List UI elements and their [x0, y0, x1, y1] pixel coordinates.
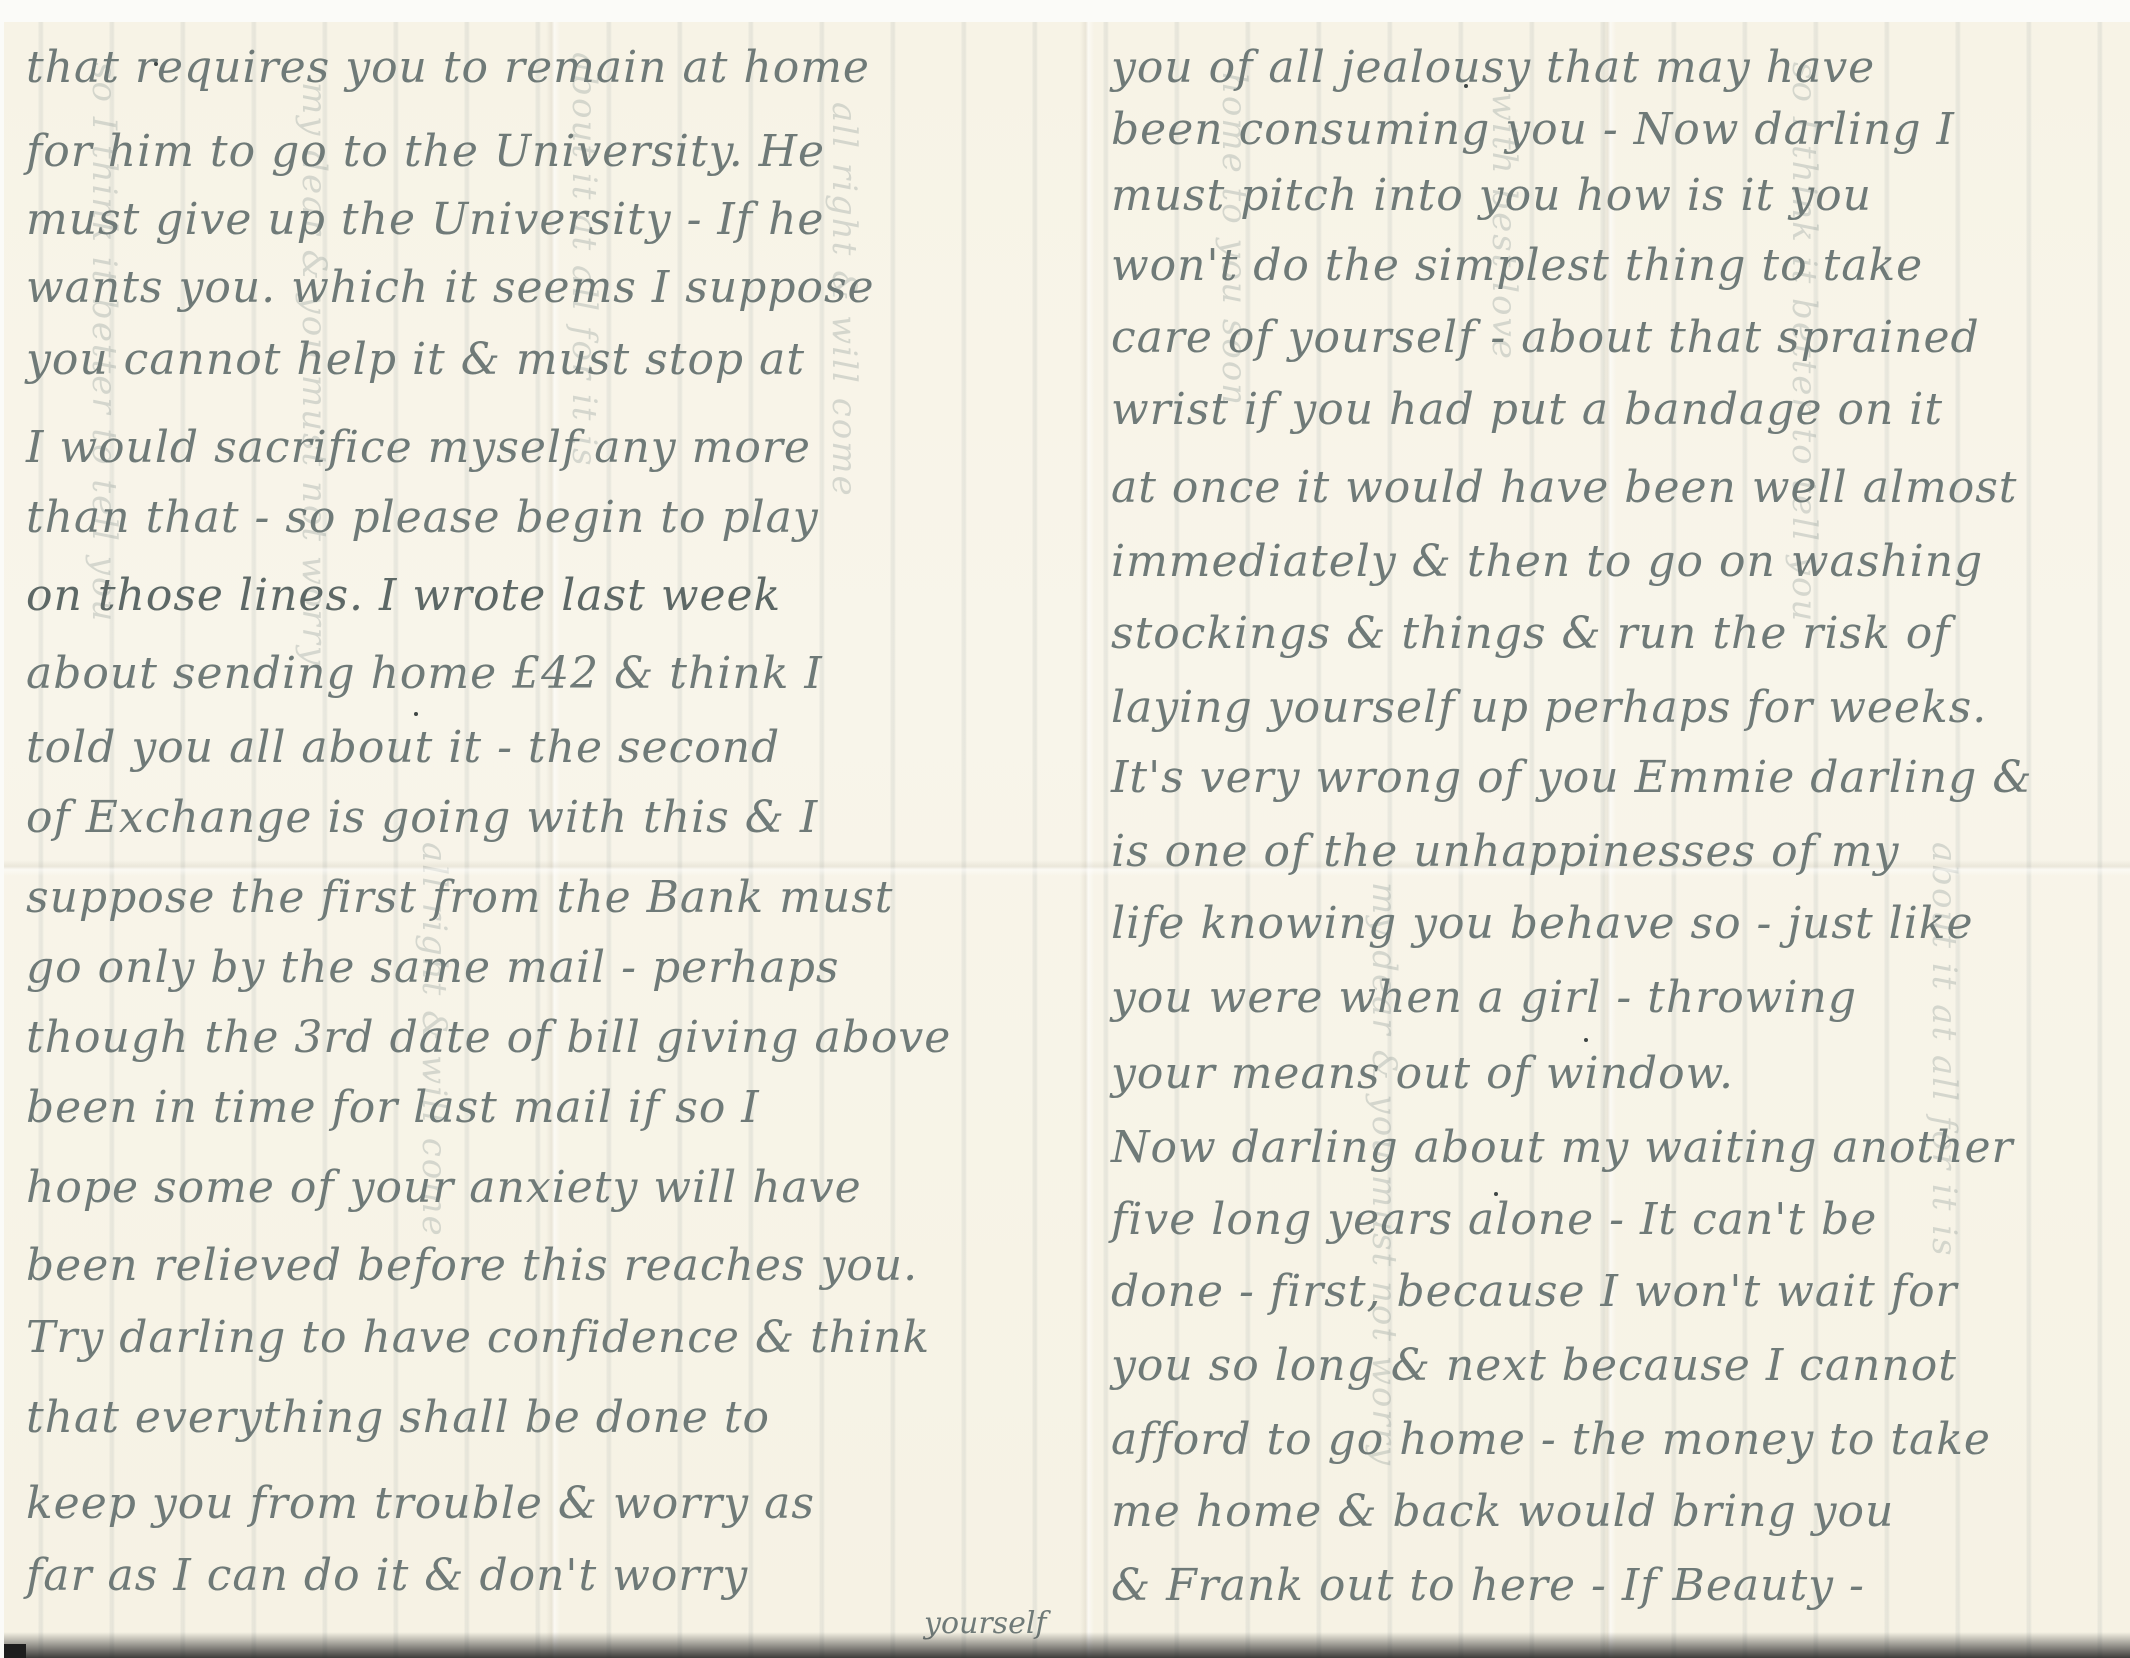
text-line: is one of the unhappinesses of my — [1111, 826, 1899, 877]
text-line: been consuming you - Now darling I — [1111, 104, 1955, 155]
text-line: for him to go to the University. He — [26, 126, 825, 177]
text-line: far as I can do it & don't worry — [26, 1550, 748, 1601]
text-line: life knowing you behave so - just like — [1111, 898, 1973, 949]
text-line: suppose the first from the Bank must — [26, 872, 893, 923]
text-line: you were when a girl - throwing — [1111, 972, 1857, 1023]
ink-speck — [1464, 84, 1468, 88]
scanner-shadow-corner — [4, 1644, 26, 1658]
text-line: Try darling to have confidence & think — [26, 1312, 930, 1363]
text-line: of Exchange is going with this & I — [26, 792, 818, 843]
text-line: & Frank out to here - If Beauty - — [1111, 1560, 1865, 1611]
text-line: won't do the simplest thing to take — [1111, 240, 1923, 291]
text-line: told you all about it - the second — [26, 722, 780, 773]
text-line: laying yourself up perhaps for weeks. — [1111, 682, 1987, 733]
text-line: immediately & then to go on washing — [1111, 536, 1983, 587]
text-line: on those lines. I wrote last week — [26, 570, 781, 621]
ink-speck — [1494, 1192, 1498, 1196]
text-line: been in time for last mail if so I — [26, 1082, 760, 1133]
scanner-shadow — [4, 1632, 2130, 1658]
text-line: you of all jealousy that may have — [1111, 42, 1875, 93]
text-line: five long years alone - It can't be — [1111, 1194, 1877, 1245]
text-line: care of yourself - about that sprained — [1111, 312, 1980, 363]
ink-speck — [1584, 1038, 1588, 1042]
text-line: I would sacrifice myself any more — [26, 422, 811, 473]
text-line: at once it would have been well almost — [1111, 462, 2017, 513]
text-line: hope some of your anxiety will have — [26, 1162, 862, 1213]
text-line: must give up the University - If he — [26, 194, 824, 245]
left-page: that requires you to remain at home for … — [4, 22, 1087, 1658]
text-line: stockings & things & run the risk of — [1111, 608, 1951, 659]
ink-speck — [154, 62, 158, 66]
letter-scan: so I think it better to tell you my dear… — [4, 22, 2130, 1658]
text-line: keep you from trouble & worry as — [26, 1478, 815, 1529]
text-line: wrist if you had put a bandage on it — [1111, 384, 1943, 435]
ink-speck — [414, 712, 418, 716]
text-line: afford to go home - the money to take — [1111, 1414, 1991, 1465]
text-line: about sending home £42 & think I — [26, 648, 823, 699]
text-line: your means out of window. — [1111, 1048, 1734, 1099]
text-line: me home & back would bring you — [1111, 1486, 1894, 1537]
text-line: though the 3rd date of bill giving above — [26, 1012, 951, 1063]
text-line: than that - so please begin to play — [26, 492, 819, 543]
text-line: been relieved before this reaches you. — [26, 1240, 918, 1291]
text-line: must pitch into you how is it you — [1111, 170, 1872, 221]
text-line: you cannot help it & must stop at — [26, 334, 805, 385]
text-line: It's very wrong of you Emmie darling & — [1111, 752, 2033, 803]
text-line: that everything shall be done to — [26, 1392, 770, 1443]
text-line: that requires you to remain at home — [26, 42, 870, 93]
right-page: you of all jealousy that may have been c… — [1087, 22, 2130, 1658]
text-line: Now darling about my waiting another — [1111, 1122, 2014, 1173]
text-line: wants you. which it seems I suppose — [26, 262, 875, 313]
text-line: done - first, because I won't wait for — [1111, 1266, 1958, 1317]
text-line: go only by the same mail - perhaps — [26, 942, 840, 993]
text-line: you so long & next because I cannot — [1111, 1340, 1957, 1391]
